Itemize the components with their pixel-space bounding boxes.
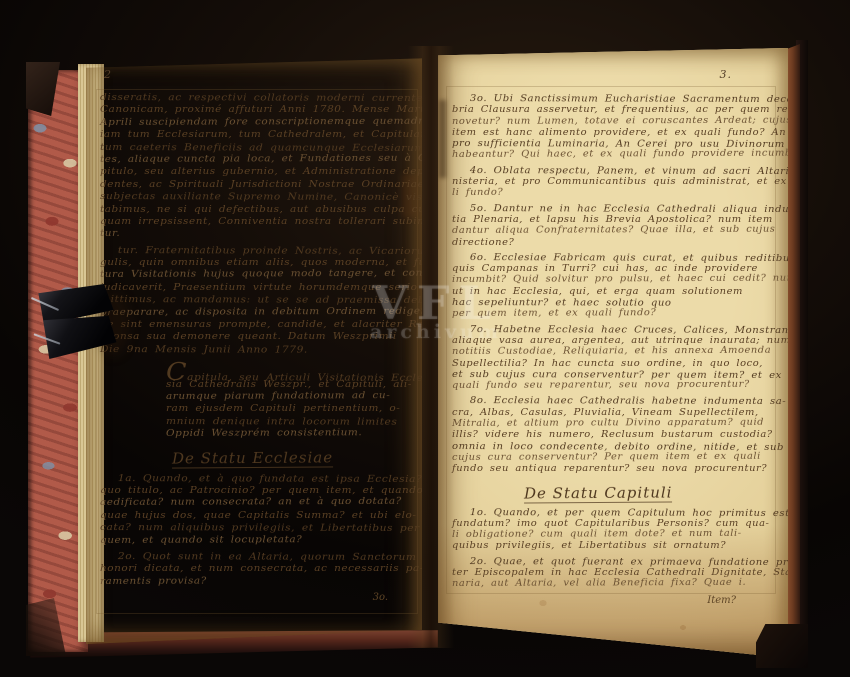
- manuscript-line: dentes, ac Spirituali Jurisdictioni Nost…: [100, 179, 422, 191]
- manuscript-line: ut in hac Ecclesia, qui, et erga quam so…: [452, 287, 788, 298]
- manuscript-line: judicaverit, Praesentium virtute horumde…: [100, 282, 422, 294]
- photo-stage: 2 disseratis, ac respectivi collatoris m…: [0, 0, 850, 677]
- manuscript-line: quem, et quando sit locupletata?: [100, 533, 422, 547]
- manuscript-line: Aprili suscipiendam fore conscriptionemq…: [100, 115, 422, 129]
- manuscript-line: Capitula, seu Articuli Visitationis Eccl…: [166, 366, 422, 379]
- manuscript-line: arumque piarum fundationum ad cu-: [166, 390, 422, 403]
- manuscript-paragraph: 1o. Quando, et per quem Capitulum hoc pr…: [452, 508, 780, 553]
- manuscript-line: fundo seu antiqua reparentur? seu nova p…: [452, 464, 788, 475]
- manuscript-line: dantur aliqua Confraternitates? Quae ill…: [452, 225, 788, 238]
- manuscript-paragraph: 2o. Quae, et quot fuerant ex primaeva fu…: [452, 557, 780, 591]
- manuscript-line: sponsa sua demonere queant. Datum Weszpr…: [100, 331, 422, 343]
- manuscript-line: Mitralia, et altium pro cultu Divino app…: [452, 418, 788, 431]
- manuscript-paragraph: 5o. Dantur ne in hac Ecclesia Cathedrali…: [452, 204, 780, 249]
- manuscript-paragraph: 1a. Quando, et à quo fundata est ipsa Ec…: [100, 473, 414, 547]
- manuscript-line: ne sint emensuras prompte, candide, et a…: [100, 319, 422, 331]
- manuscript-line: per quem item, et ex quali fundo?: [452, 308, 788, 321]
- manuscript-line: tura Visitationis hujus quoque modo tang…: [100, 268, 422, 282]
- manuscript-paragraph: 7o. Habetne Ecclesia haec Cruces, Calice…: [452, 325, 780, 393]
- manuscript-line: ramentis provisa?: [100, 574, 422, 588]
- manuscript-line: Oppidi Weszprém consistentium.: [166, 427, 422, 440]
- right-page: 3. 3o. Ubi Sanctissimum Eucharistiae Sac…: [438, 48, 788, 658]
- manuscript-paragraph: 6o. Ecclesiae Fabricam quis curat, et qu…: [452, 253, 780, 321]
- manuscript-line: iam tum Ecclesiarum, tum Cathedralem, et…: [100, 129, 422, 141]
- manuscript-line: honori dicata, et num consecrata, ac nec…: [100, 563, 422, 575]
- manuscript-line: quibus privilegiis, et Libertatibus sit …: [452, 541, 788, 552]
- manuscript-line: notitiis Custodiae, Reliquiaria, et his …: [452, 346, 788, 359]
- book-corner-bottom-right: [756, 624, 808, 668]
- manuscript-line: tabimus, ne si qui defectibus, aut abusi…: [100, 204, 422, 216]
- ink-smudge: [439, 100, 446, 178]
- catchword: 3o.: [100, 592, 388, 603]
- manuscript-line: quali fundo seu reparentur, seu nova pro…: [452, 380, 788, 393]
- section-heading: De Statu Capituli: [524, 483, 673, 503]
- manuscript-line: ram ejusdem Capituli pertinentium, o-: [166, 403, 422, 415]
- manuscript-paragraph: 2o. Quot sunt in ea Altaria, quorum Sanc…: [100, 551, 414, 588]
- manuscript-paragraph: 3o. Ubi Sanctissimum Eucharistiae Sacram…: [452, 94, 780, 162]
- manuscript-line: illis? videre his numero, Reclusum busta…: [452, 430, 788, 441]
- manuscript-paragraph: disseratis, ac respectivi collatoris mod…: [100, 92, 414, 241]
- manuscript-line: tur.: [100, 227, 422, 241]
- section-heading: De Statu Ecclesiae: [172, 448, 333, 468]
- manuscript-paragraph: tur. Fraternitatibus proinde Nostris, ac…: [100, 245, 414, 357]
- manuscript-paragraph: 8o. Ecclesia haec Cathedralis habetne in…: [452, 396, 780, 475]
- manuscript-line: pitulo, seu alterius gubernio, et Admini…: [100, 166, 422, 178]
- manuscript-line: habeantur? Qui haec, et ex quali fundo p…: [452, 149, 788, 162]
- manuscript-line: item est hanc alimento providere, et ex …: [452, 128, 788, 139]
- manuscript-line: Die 9na Mensis Junii Anno 1779.: [100, 344, 422, 357]
- manuscript-paragraph: 4o. Oblata respectu, Panem, et vinum ad …: [452, 166, 780, 200]
- manuscript-paragraph: Capitula, seu Articuli Visitationis Eccl…: [166, 366, 414, 440]
- manuscript-line: incumbit? Quid solvitur pro pulsu, et ha…: [452, 274, 788, 287]
- manuscript-line: directione?: [452, 238, 788, 249]
- manuscript-text: disseratis, ac respectivi collatoris mod…: [100, 56, 414, 644]
- manuscript-line: tes, aliaque cuncta pia loca, et Fundati…: [100, 153, 422, 167]
- manuscript-line: quae hujus dos, quae Capitalis Summa? et…: [100, 510, 422, 522]
- manuscript-text: 3o. Ubi Sanctissimum Eucharistiae Sacram…: [452, 48, 780, 658]
- catchword: Item?: [452, 595, 736, 606]
- left-page: 2 disseratis, ac respectivi collatoris m…: [86, 56, 422, 644]
- manuscript-line: Supellectilia? In hac cuncta suo ordine,…: [452, 359, 788, 370]
- manuscript-line: li fundo?: [452, 187, 788, 200]
- manuscript-line: novetur? num Lumen, totave ei coruscante…: [452, 115, 788, 128]
- manuscript-line: li obligatione? cum quali item dote? et …: [452, 529, 788, 542]
- manuscript-line: naria, aut Altaria, vel alia Beneficia f…: [452, 578, 788, 591]
- manuscript-line: cujus cura conserventur? Per quem item e…: [452, 451, 788, 464]
- manuscript-line: sia Cathedralis Weszpr., et Capituli, al…: [166, 379, 422, 391]
- manuscript-line: aedificata? num consecrata? an et à quo …: [100, 496, 422, 510]
- manuscript-line: praeparare, ac disposita in debitum Ordi…: [100, 305, 422, 319]
